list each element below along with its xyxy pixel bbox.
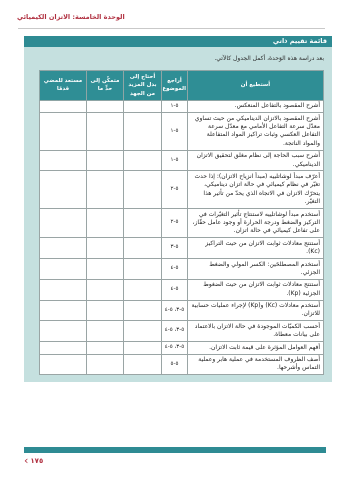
checkbox-cell-ready	[40, 259, 87, 280]
table-row: أستنتج معادلات ثوابت الاتزان من حيث التر…	[40, 238, 324, 259]
table-row: أشرح المقصود بالاتزان الديناميكي من حيث …	[40, 113, 324, 151]
checkbox-cell-ready	[40, 279, 87, 300]
checkbox-cell-need-effort	[124, 100, 162, 112]
unit-header: الوحدة الخامسة: الاتزان الكيميائي	[17, 13, 125, 21]
checkbox-cell-somewhat-able	[87, 259, 124, 280]
table-row: أستخدم مبدأ لوشاتلييه لاستنتاج تأثير الت…	[40, 209, 324, 238]
checkbox-cell-need-effort	[124, 171, 162, 209]
checkbox-cell-ready	[40, 342, 87, 354]
topic-ref-cell: ٥-٤	[162, 259, 188, 280]
checkbox-cell-somewhat-able	[87, 321, 124, 342]
table-row: أستخدم المصطلحَين: الكسر المولي والضغط ا…	[40, 259, 324, 280]
skill-cell: أحسب الكميّات الموجودة في حالة الاتزان ب…	[188, 321, 324, 342]
instruction-text: بعد دراسة هذه الوَحدة، أكمل الجدول كالآت…	[24, 55, 324, 62]
column-header-review-topic: أراجع الموضوع	[162, 71, 188, 101]
header-divider	[18, 28, 325, 29]
topic-ref-cell: ٥-١	[162, 100, 188, 112]
checkbox-cell-need-effort	[124, 321, 162, 342]
checkbox-cell-need-effort	[124, 209, 162, 238]
table-row: أشرح المقصود بالتفاعل المنعكس. ٥-١	[40, 100, 324, 112]
table-row: أفهم العوامل المؤثرة على قيمة ثابت الاتز…	[40, 342, 324, 354]
checkbox-cell-somewhat-able	[87, 171, 124, 209]
topic-ref-cell: ٥-١	[162, 150, 188, 171]
self-assessment-table: أستطيع أن أراجع الموضوع أحتاج إلى بذل ال…	[39, 70, 324, 375]
textbook-page: الوحدة الخامسة: الاتزان الكيميائي قائمة …	[0, 0, 360, 480]
topic-ref-cell: ٥-٢	[162, 171, 188, 209]
column-header-i-can: أستطيع أن	[188, 71, 324, 101]
checkbox-cell-somewhat-able	[87, 354, 124, 375]
topic-ref-cell: ٥-٥	[162, 354, 188, 375]
skill-cell: أستنتج معادلات ثوابت الاتزان من حيث الضغ…	[188, 279, 324, 300]
checkbox-cell-need-effort	[124, 150, 162, 171]
skill-cell: أستنتج معادلات ثوابت الاتزان من حيث التر…	[188, 238, 324, 259]
checkbox-cell-somewhat-able	[87, 279, 124, 300]
checkbox-cell-ready	[40, 209, 87, 238]
table-row: أصف الظروف المستخدمة في عملية هابر وعملي…	[40, 354, 324, 375]
checkbox-cell-somewhat-able	[87, 300, 124, 321]
checkbox-cell-need-effort	[124, 300, 162, 321]
skill-cell: أشرح سبب الحاجة إلى نظام مغلق لتحقيق الا…	[188, 150, 324, 171]
checkbox-cell-need-effort	[124, 354, 162, 375]
topic-ref-cell: ٥-٣	[162, 238, 188, 259]
topic-ref-cell: ٥-٣، ٥-٤	[162, 321, 188, 342]
checkbox-cell-somewhat-able	[87, 238, 124, 259]
skill-cell: أستخدم معادلات (Kc) و(Kp) لإجراء عمليات …	[188, 300, 324, 321]
checkbox-cell-need-effort	[124, 113, 162, 151]
checkbox-cell-somewhat-able	[87, 113, 124, 151]
skill-cell: أستخدم مبدأ لوشاتلييه لاستنتاج تأثير الت…	[188, 209, 324, 238]
topic-ref-cell: ٥-٤	[162, 279, 188, 300]
skill-cell: أشرح المقصود بالاتزان الديناميكي من حيث …	[188, 113, 324, 151]
checkbox-cell-ready	[40, 354, 87, 375]
checkbox-cell-need-effort	[124, 259, 162, 280]
checkbox-cell-need-effort	[124, 279, 162, 300]
topic-ref-cell: ٥-٣، ٥-٤	[162, 342, 188, 354]
topic-ref-cell: ٥-٢	[162, 209, 188, 238]
panel-title: قائمة تقييم ذاتي	[273, 37, 327, 45]
topic-ref-cell: ٥-١	[162, 113, 188, 151]
topic-ref-cell: ٥-٣، ٥-٤	[162, 300, 188, 321]
checkbox-cell-ready	[40, 300, 87, 321]
self-assessment-panel: قائمة تقييم ذاتي بعد دراسة هذه الوَحدة، …	[24, 36, 332, 382]
column-header-need-effort: أحتاج إلى بذل المزيد من الجهد	[124, 71, 162, 101]
checkbox-cell-somewhat-able	[87, 100, 124, 112]
table-row: أستنتج معادلات ثوابت الاتزان من حيث الضغ…	[40, 279, 324, 300]
column-header-somewhat-able: متمكّن إلى حدٍّ ما	[87, 71, 124, 101]
table-row: أشرح سبب الحاجة إلى نظام مغلق لتحقيق الا…	[40, 150, 324, 171]
table-header-row: أستطيع أن أراجع الموضوع أحتاج إلى بذل ال…	[40, 71, 324, 101]
page-footer: ‹ ١٧٥	[24, 455, 43, 466]
checkbox-cell-need-effort	[124, 342, 162, 354]
checkbox-cell-ready	[40, 100, 87, 112]
checkbox-cell-somewhat-able	[87, 209, 124, 238]
checkbox-cell-ready	[40, 150, 87, 171]
checkbox-cell-ready	[40, 113, 87, 151]
panel-title-bar: قائمة تقييم ذاتي	[24, 36, 332, 47]
skill-cell: أشرح المقصود بالتفاعل المنعكس.	[188, 100, 324, 112]
checkbox-cell-ready	[40, 321, 87, 342]
checkbox-cell-ready	[40, 171, 87, 209]
checkbox-cell-somewhat-able	[87, 342, 124, 354]
table-row: أعرّف مبدأ لوشاتلييه (مبدأ انزياح الاتزا…	[40, 171, 324, 209]
checkbox-cell-somewhat-able	[87, 150, 124, 171]
table-row: أستخدم معادلات (Kc) و(Kp) لإجراء عمليات …	[40, 300, 324, 321]
checkbox-cell-need-effort	[124, 238, 162, 259]
skill-cell: أصف الظروف المستخدمة في عملية هابر وعملي…	[188, 354, 324, 375]
skill-cell: أعرّف مبدأ لوشاتلييه (مبدأ انزياح الاتزا…	[188, 171, 324, 209]
page-number: ١٧٥	[30, 456, 43, 465]
skill-cell: أستخدم المصطلحَين: الكسر المولي والضغط ا…	[188, 259, 324, 280]
table-row: أحسب الكميّات الموجودة في حالة الاتزان ب…	[40, 321, 324, 342]
footer-bar	[24, 447, 326, 453]
skill-cell: أفهم العوامل المؤثرة على قيمة ثابت الاتز…	[188, 342, 324, 354]
column-header-ready-to-proceed: مستعد للمضي قدمًا	[40, 71, 87, 101]
checkbox-cell-ready	[40, 238, 87, 259]
chevron-left-icon: ‹	[24, 455, 28, 466]
